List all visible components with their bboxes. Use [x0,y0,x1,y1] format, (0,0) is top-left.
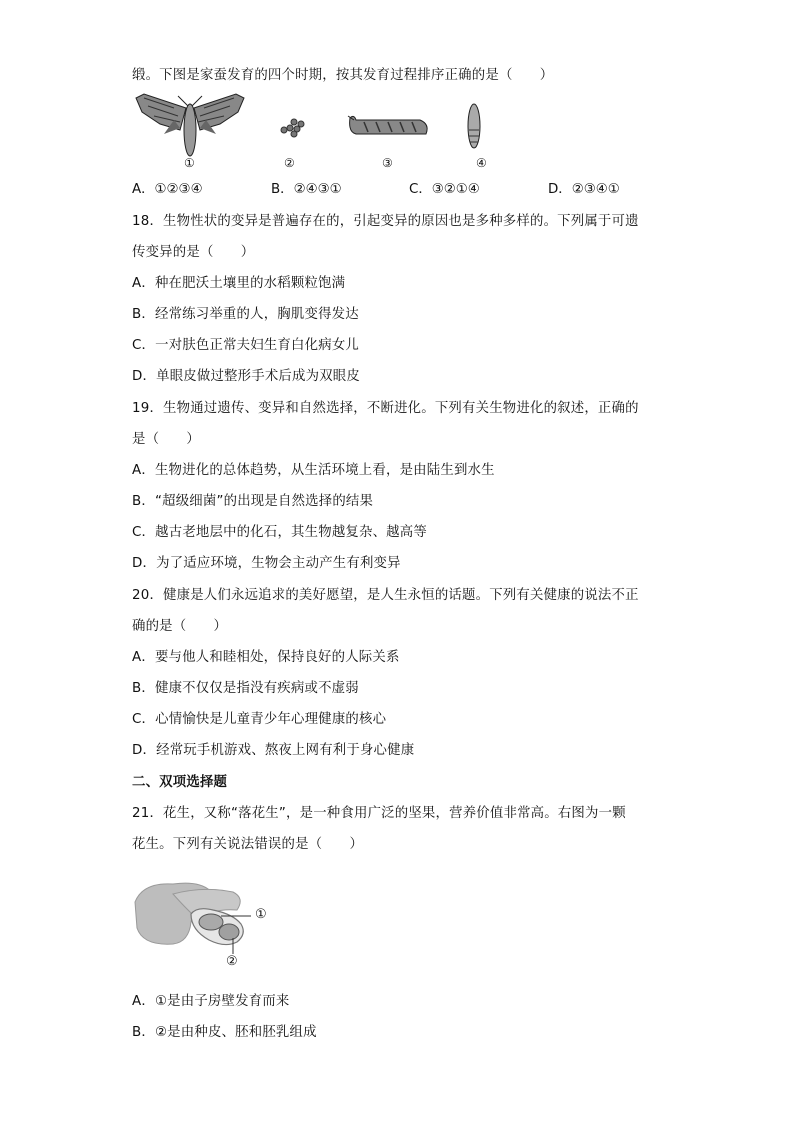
figure-label-1: ① [184,156,195,170]
peanut-label-1: ① [255,907,267,922]
q17-stem: 缎。下图是家蚕发育的四个时期，按其发育过程排序正确的是（ ） [132,67,553,85]
peanut-illustration [133,872,283,972]
q18-stem-line1: 18．生物性状的变异是普遍存在的，引起变异的原因也是多种多样的。下列属于可遗 [132,213,639,231]
figure-label-2: ② [284,156,295,170]
q21-stem-line2: 花生。下列有关说法错误的是（ ） [132,836,363,854]
q19-option-d[interactable]: D．为了适应环境，生物会主动产生有利变异 [132,555,401,573]
q20-stem-line2: 确的是（ ） [132,618,227,636]
q21-stem-line1: 21．花生，又称“落花生”，是一种食用广泛的坚果，营养价值非常高。右图为一颗 [132,805,626,823]
peanut-label-2: ② [226,954,238,969]
q18-option-b[interactable]: B．经常练习举重的人，胸肌变得发达 [132,306,359,324]
q17-option-b[interactable]: B．②④③① [271,181,342,199]
peanut-pod-open-icon [191,909,243,945]
larva-icon [348,116,427,134]
moth-icon [136,94,244,156]
q21-option-a[interactable]: A．①是由子房壁发育而来 [132,993,289,1011]
pupa-icon [468,104,480,148]
q17-option-c[interactable]: C．③②①④ [409,181,480,199]
figure-label-4: ④ [476,156,487,170]
q21-option-b[interactable]: B．②是由种皮、胚和胚乳组成 [132,1024,317,1042]
q17-option-d[interactable]: D．②③④① [548,181,620,199]
q19-stem-line2: 是（ ） [132,431,200,449]
q19-stem-line1: 19．生物通过遗传、变异和自然选择，不断进化。下列有关生物进化的叙述，正确的 [132,400,639,418]
peanut-figure: ① ② [133,872,283,972]
q19-option-c[interactable]: C．越古老地层中的化石，其生物越复杂、越高等 [132,524,427,542]
q18-option-d[interactable]: D．单眼皮做过整形手术后成为双眼皮 [132,368,360,386]
silkworm-development-figure: ① ② ③ ④ [134,90,494,175]
q20-option-a[interactable]: A．要与他人和睦相处，保持良好的人际关系 [132,649,400,667]
q18-option-a[interactable]: A．种在肥沃土壤里的水稻颗粒饱满 [132,275,345,293]
q17-option-a[interactable]: A．①②③④ [132,181,203,199]
figure-label-3: ③ [382,156,393,170]
q19-option-a[interactable]: A．生物进化的总体趋势，从生活环境上看，是由陆生到水生 [132,462,495,480]
q18-stem-line2: 传变异的是（ ） [132,244,254,262]
q20-option-c[interactable]: C．心情愉快是儿童青少年心理健康的核心 [132,711,386,729]
section-heading: 二、双项选择题 [132,774,227,792]
q20-option-b[interactable]: B．健康不仅仅是指没有疾病或不虚弱 [132,680,359,698]
q19-option-b[interactable]: B．“超级细菌”的出现是自然选择的结果 [132,493,373,511]
eggs-icon [281,119,304,137]
q18-option-c[interactable]: C．一对肤色正常夫妇生育白化病女儿 [132,337,359,355]
q20-option-d[interactable]: D．经常玩手机游戏、熬夜上网有利于身心健康 [132,742,414,760]
q20-stem-line1: 20．健康是人们永远追求的美好愿望，是人生永恒的话题。下列有关健康的说法不正 [132,587,639,605]
